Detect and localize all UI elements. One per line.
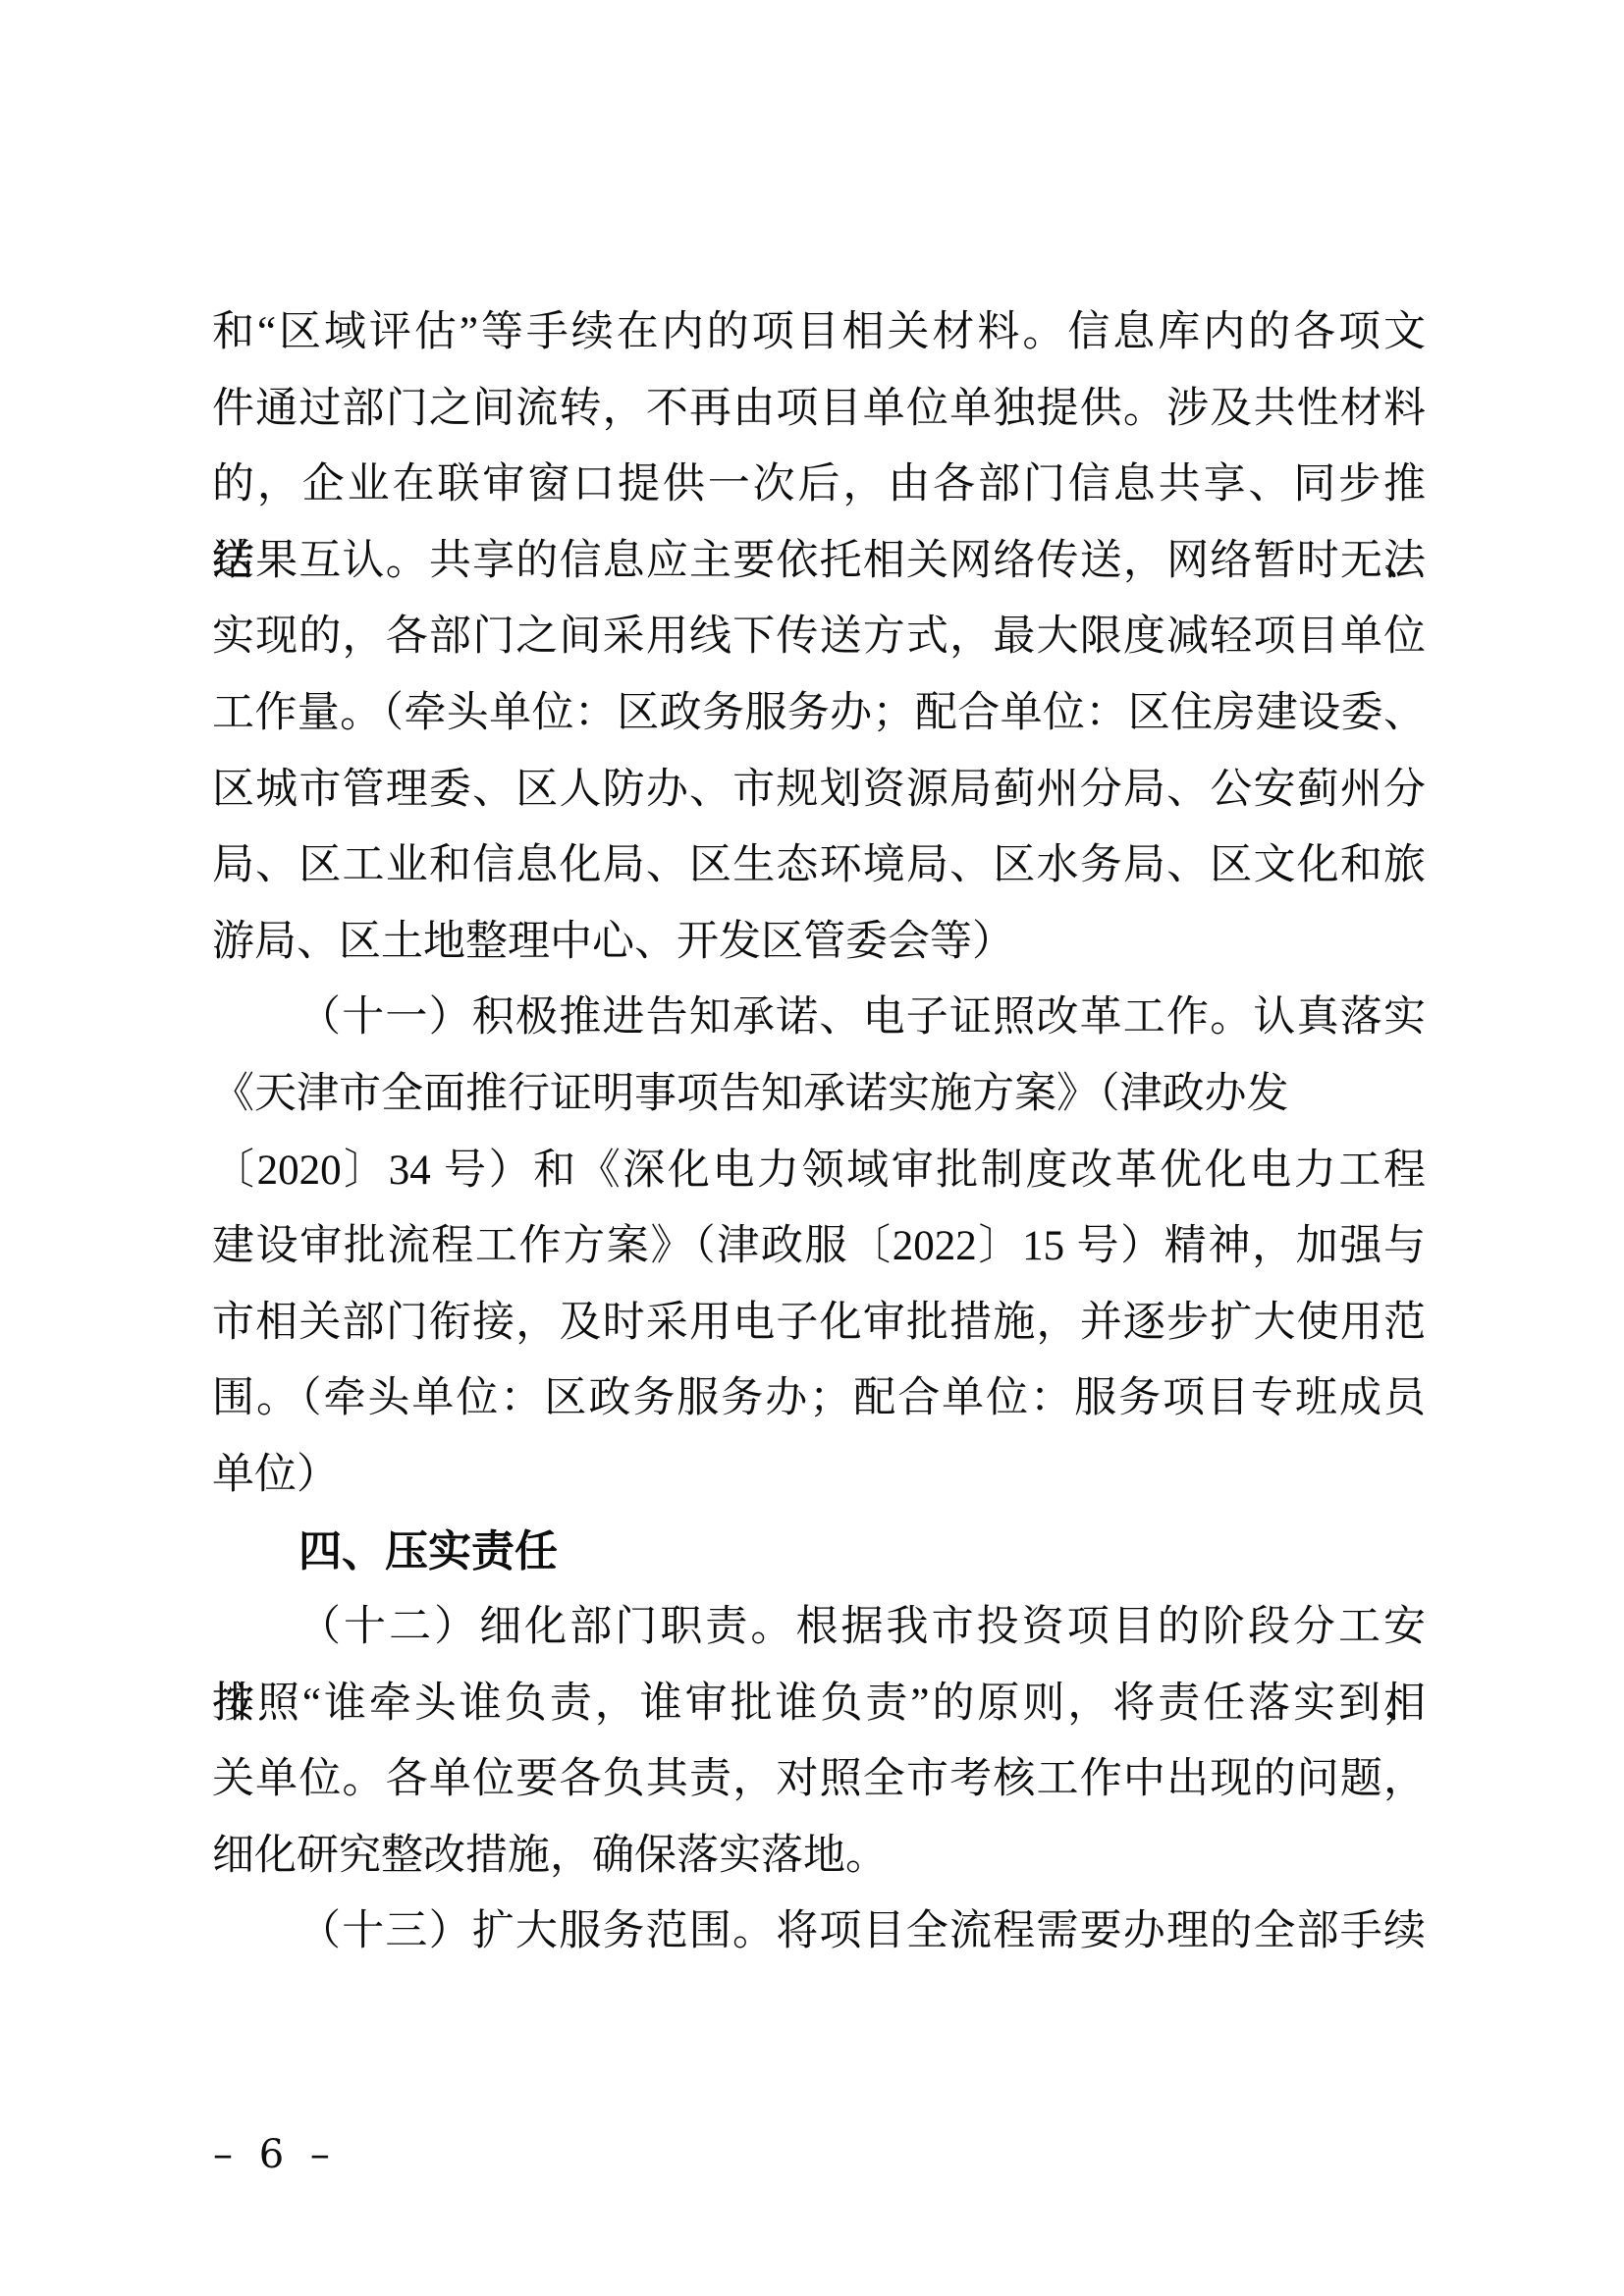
text-line: 细化研究整改措施，确保落实落地。 [212,1818,1426,1895]
text-line: 和“区域评估”等手续在内的项目相关材料。信息库内的各项文 [212,294,1426,371]
text-line: 局、区工业和信息化局、区生态环境局、区水务局、区文化和旅 [212,828,1426,904]
text-line: 件通过部门之间流转，不再由项目单位单独提供。涉及共性材料 [212,371,1426,448]
text-line: 实现的，各部门之间采用线下传送方式，最大限度减轻项目单位 [212,599,1426,675]
text-line: 工作量。（牵头单位：区政务服务办；配合单位：区住房建设委、 [212,675,1426,752]
text-line: 区城市管理委、区人防办、市规划资源局蓟州分局、公安蓟州分 [212,752,1426,828]
text-line: 围。（牵头单位：区政务服务办；配合单位：服务项目专班成员 [212,1361,1426,1437]
text-line: 《天津市全面推行证明事项告知承诺实施方案》（津政办发 [212,1056,1426,1133]
text-line: 的，企业在联审窗口提供一次后，由各部门信息共享、同步推送、 [212,447,1426,523]
document-page: 和“区域评估”等手续在内的项目相关材料。信息库内的各项文 件通过部门之间流转，不… [0,0,1624,2296]
text-line: （十三）扩大服务范围。将项目全流程需要办理的全部手续 [212,1894,1426,1970]
text-line: （十一）积极推进告知承诺、电子证照改革工作。认真落实 [212,980,1426,1056]
text-line: 市相关部门衔接，及时采用电子化审批措施，并逐步扩大使用范 [212,1285,1426,1362]
text-line: 结果互认。共享的信息应主要依托相关网络传送，网络暂时无法 [212,523,1426,600]
text-line: 单位） [212,1437,1426,1514]
text-line: 〔2020〕34 号）和《深化电力领域审批制度改革优化电力工程 [212,1133,1426,1209]
text-line: 游局、区土地整理中心、开发区管委会等） [212,904,1426,981]
page-number: – 6 – [213,2132,337,2177]
text-line: 按照“谁牵头谁负责，谁审批谁负责”的原则，将责任落实到相 [212,1666,1426,1742]
document-body: 和“区域评估”等手续在内的项目相关材料。信息库内的各项文 件通过部门之间流转，不… [212,294,1426,1970]
section-heading: 四、压实责任 [212,1514,1426,1590]
text-line: 建设审批流程工作方案》（津政服〔2022〕15 号）精神，加强与 [212,1208,1426,1285]
text-line: （十二）细化部门职责。根据我市投资项目的阶段分工安排， [212,1589,1426,1666]
text-line: 关单位。各单位要各负其责，对照全市考核工作中出现的问题， [212,1741,1426,1818]
